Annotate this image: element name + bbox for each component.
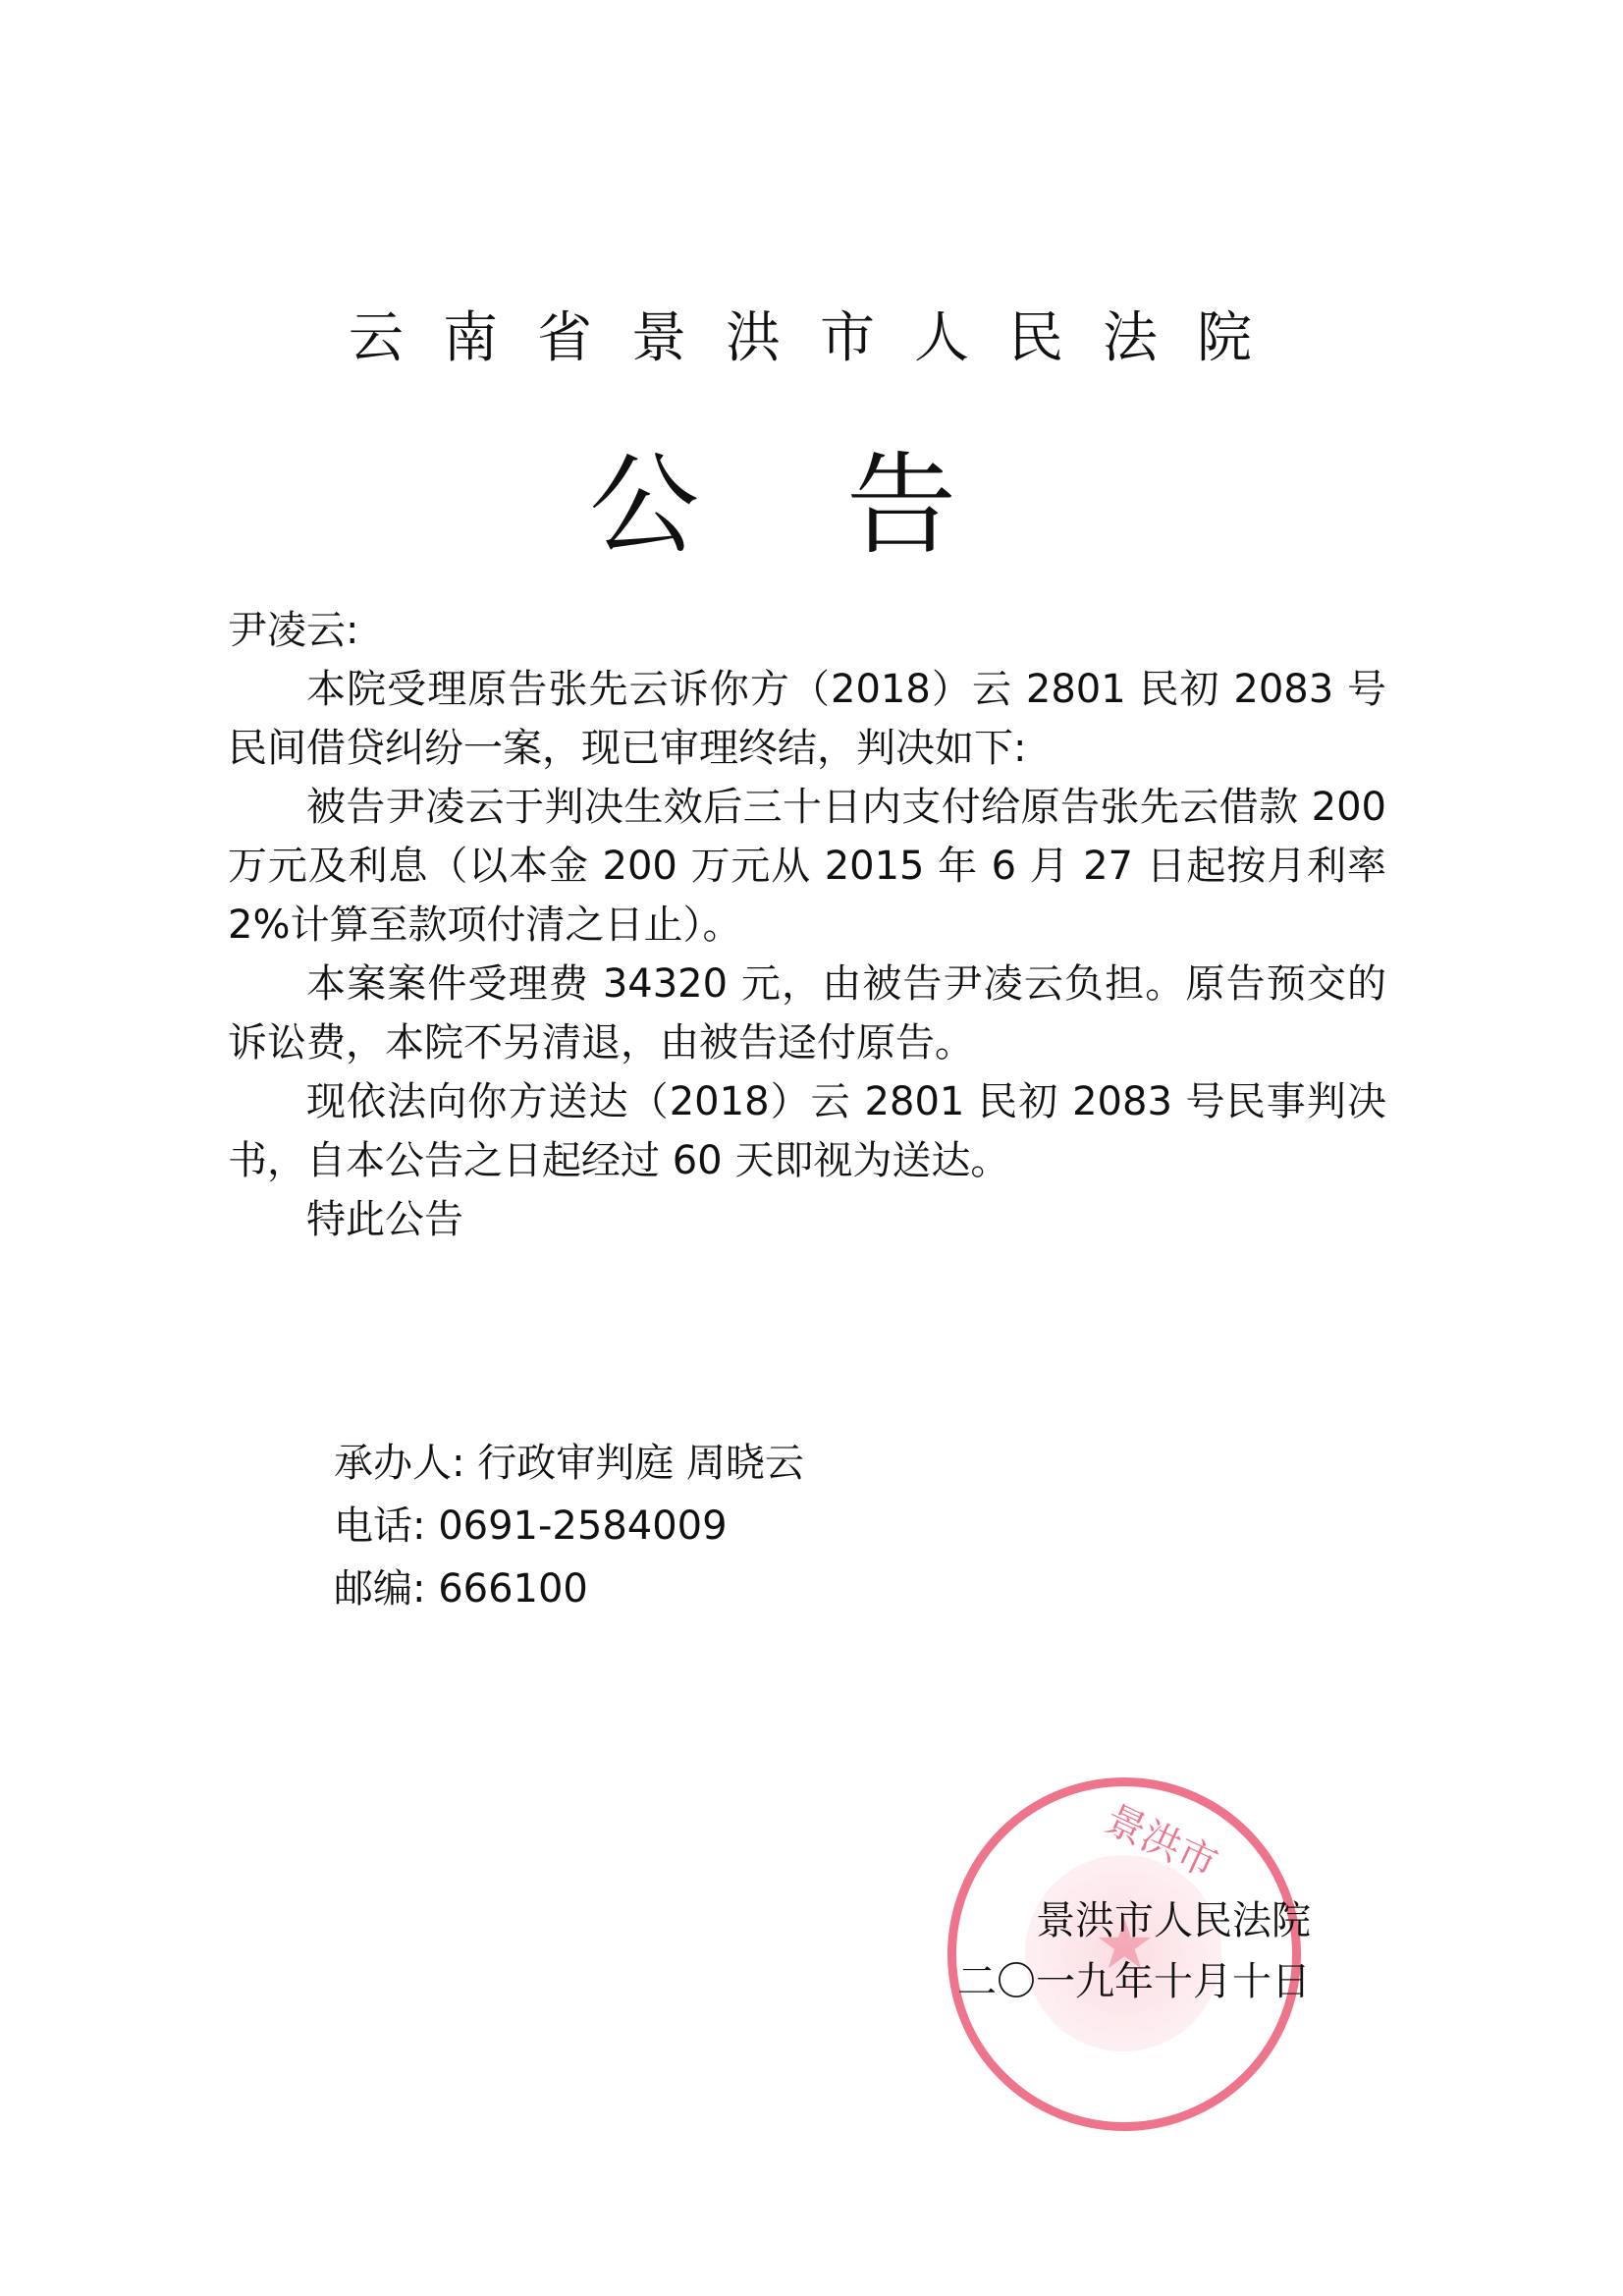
paragraph-judgment: 被告尹凌云于判决生效后三十日内支付给原告张先云借款 200 万元及利息（以本金 … [228, 778, 1386, 955]
handler-line: 承办人: 行政审判庭 周晓云 [334, 1432, 804, 1495]
signature-court: 景洪市人民法院 [918, 1890, 1311, 1951]
signature-block: 景洪市人民法院 二〇一九年十月十日 [918, 1890, 1311, 2012]
paragraph-case-intro: 本院受理原告张先云诉你方（2018）云 2801 民初 2083 号民间借贷纠纷… [228, 660, 1386, 778]
notice-body: 尹凌云: 本院受理原告张先云诉你方（2018）云 2801 民初 2083 号民… [228, 601, 1386, 1249]
signature-date: 二〇一九年十月十日 [918, 1951, 1311, 2012]
court-name-heading: 云南省景洪市人民法院 [349, 295, 1252, 373]
postcode-line: 邮编: 666100 [334, 1558, 804, 1620]
phone-line: 电话: 0691-2584009 [334, 1495, 804, 1558]
paragraph-closing: 特此公告 [228, 1190, 1386, 1249]
notice-title: 公告 [589, 417, 1178, 575]
addressee: 尹凌云: [228, 601, 1386, 660]
notice-title-char-2: 告 [846, 417, 956, 575]
notice-title-char-1: 公 [589, 417, 699, 575]
paragraph-fees: 本案案件受理费 34320 元，由被告尹凌云负担。原告预交的诉讼费，本院不另清退… [228, 955, 1386, 1072]
contact-info: 承办人: 行政审判庭 周晓云 电话: 0691-2584009 邮编: 6661… [334, 1432, 804, 1620]
paragraph-service: 现依法向你方送达（2018）云 2801 民初 2083 号民事判决书，自本公告… [228, 1072, 1386, 1190]
